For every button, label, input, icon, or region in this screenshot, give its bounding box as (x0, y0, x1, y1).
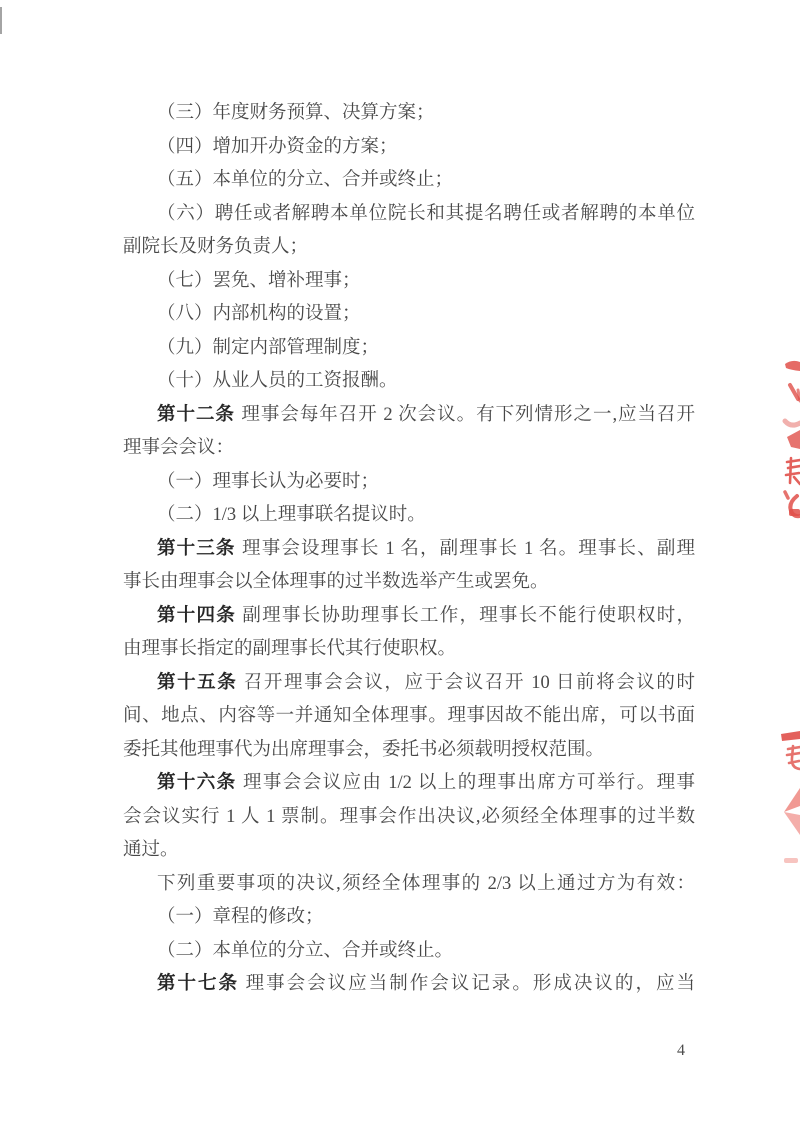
clause-item: （八）内部机构的设置； (123, 298, 695, 332)
text-line: 事长由理事会以全体理事的过半数选举产生或罢免。 (123, 566, 695, 600)
text-line: 由理事长指定的副理事长代其行使职权。 (123, 633, 695, 667)
article-clause: 第十七条理事会会议应当制作会议记录。形成决议的，应当 (123, 968, 695, 1002)
clause-item: （三）年度财务预算、决算方案； (123, 97, 695, 131)
clause-item: （一）章程的修改； (123, 901, 695, 935)
paragraph-line: 下列重要事项的决议,须经全体理事的 2/3 以上通过方为有效： (123, 868, 695, 902)
clause-item: （一）理事长认为必要时； (123, 466, 695, 500)
article-clause: 第十六条理事会会议应由 1/2 以上的理事出席方可举行。理事 (123, 767, 695, 801)
text-line: 理事会会议： (123, 432, 695, 466)
page-number: 4 (677, 1040, 685, 1062)
clause-item: （二）本单位的分立、合并或终止。 (123, 935, 695, 969)
red-seal-fragment-icon (775, 355, 800, 525)
clause-item: （七）罢免、增补理事； (123, 265, 695, 299)
scan-edge-artifact (0, 7, 2, 34)
clause-item: （二）1/3 以上理事联名提议时。 (123, 499, 695, 533)
clause-item: （十）从业人员的工资报酬。 (123, 365, 695, 399)
text-line: 会会议实行 1 人 1 票制。理事会作出决议,必须经全体理事的过半数 (123, 801, 695, 835)
clause-item: （九）制定内部管理制度； (123, 332, 695, 366)
text-line: 副院长及财务负责人； (123, 231, 695, 265)
article-clause: 第十五条召开理事会会议，应于会议召开 10 日前将会议的时 (123, 667, 695, 701)
clause-item: （四）增加开办资金的方案； (123, 131, 695, 165)
text-line: 间、地点、内容等一并通知全体理事。理事因故不能出席，可以书面 (123, 700, 695, 734)
article-clause: 第十三条理事会设理事长 1 名，副理事长 1 名。理事长、副理 (123, 533, 695, 567)
article-clause: 第十二条理事会每年召开 2 次会议。有下列情形之一,应当召开 (123, 399, 695, 433)
red-seal-star-fragment-icon (775, 725, 800, 885)
text-line: 通过。 (123, 834, 695, 868)
document-body: （三）年度财务预算、决算方案； （四）增加开办资金的方案； （五）本单位的分立、… (123, 97, 695, 1002)
clause-item: （五）本单位的分立、合并或终止； (123, 164, 695, 198)
text-line: 委托其他理事代为出席理事会，委托书必须载明授权范围。 (123, 734, 695, 768)
article-clause: 第十四条副理事长协助理事长工作，理事长不能行使职权时， (123, 600, 695, 634)
clause-item: （六）聘任或者解聘本单位院长和其提名聘任或者解聘的本单位 (123, 198, 695, 232)
document-page: （三）年度财务预算、决算方案； （四）增加开办资金的方案； （五）本单位的分立、… (0, 0, 800, 1131)
